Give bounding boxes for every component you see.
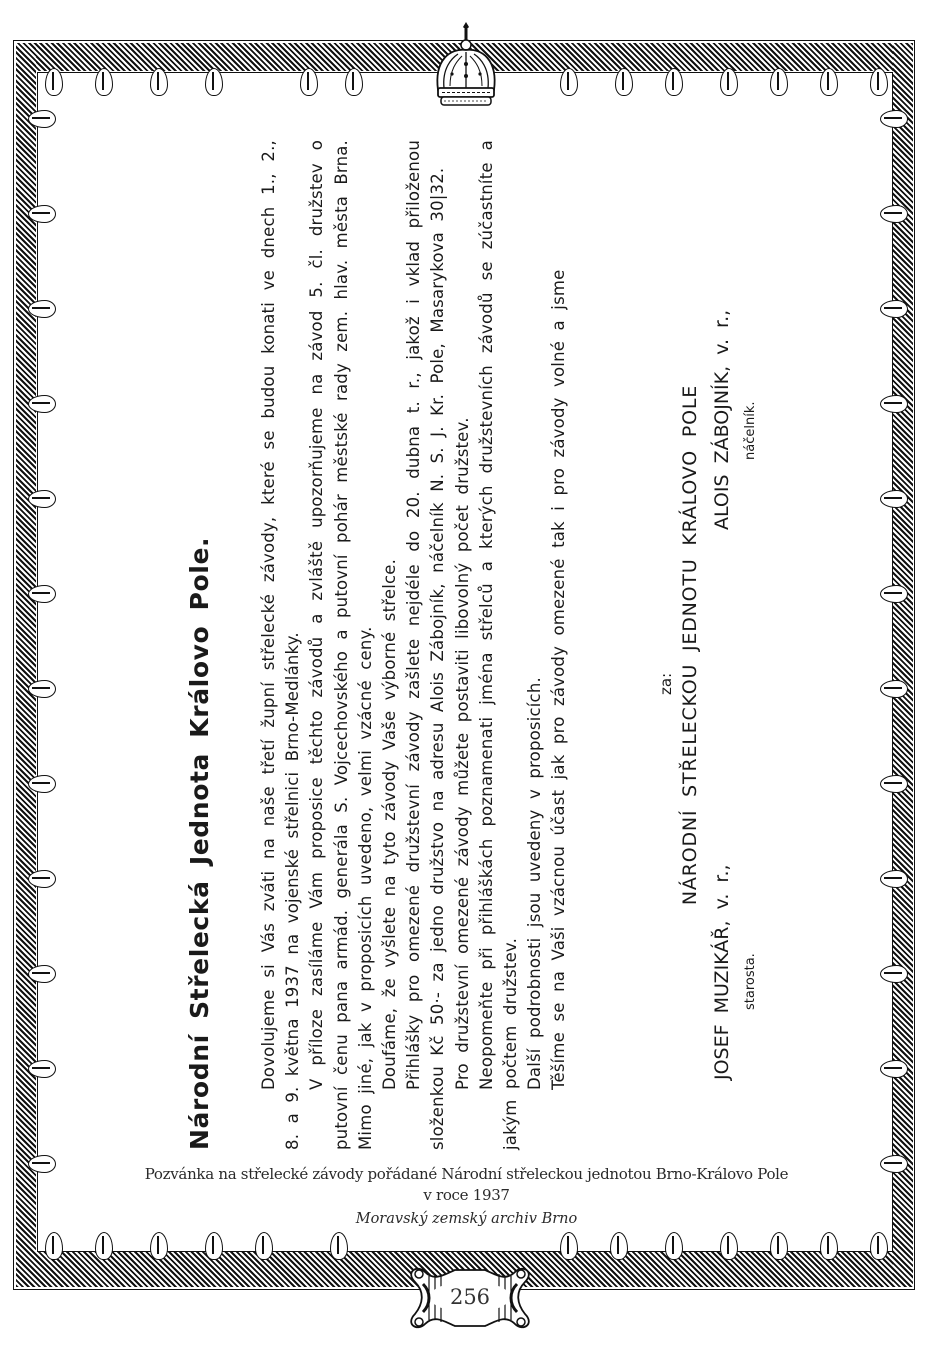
signatory-name: JOSEF MUZIKÁŘ, v. r., — [711, 864, 733, 1080]
frame-band-right — [893, 43, 913, 1287]
letter-organization: NÁRODNÍ STŘELECKOU JEDNOTU KRÁLOVO POLE — [679, 140, 701, 1150]
leaf-ornament — [880, 1060, 908, 1078]
letter-paragraph: Dovolujeme si Vás zváti na naše třetí žu… — [257, 140, 305, 1150]
leaf-ornament — [28, 775, 56, 793]
leaf-ornament — [880, 775, 908, 793]
letter-paragraph: V příloze zasíláme Vám proposice těchto … — [305, 140, 378, 1150]
letter-paragraph: Doufáme, že vyšlete na tyto závody Vaše … — [378, 140, 402, 1150]
figure-caption: Pozvánka na střelecké závody pořádané Ná… — [80, 1164, 853, 1227]
caption-source: Moravský zemský archiv Brno — [80, 1211, 853, 1227]
leaf-ornament — [95, 1232, 113, 1260]
letter-body: Dovolujeme si Vás zváti na naše třetí žu… — [257, 140, 572, 1150]
leaf-ornament — [820, 68, 838, 96]
letter-za: za: — [657, 673, 675, 695]
leaf-ornament — [880, 110, 908, 128]
leaf-ornament — [45, 1232, 63, 1260]
leaf-ornament — [870, 68, 888, 96]
leaf-ornament — [560, 1232, 578, 1260]
leaf-ornament — [870, 1232, 888, 1260]
letter-paragraph: Další podrobnosti jsou uvedeny v proposi… — [523, 140, 547, 1150]
letter-paragraph: Těšíme se na Vaši vzácnou účast jak pro … — [547, 140, 571, 1150]
leaf-ornament — [720, 68, 738, 96]
leaf-ornament — [205, 68, 223, 96]
leaf-ornament — [820, 1232, 838, 1260]
leaf-ornament — [255, 1232, 273, 1260]
leaf-ornament — [28, 585, 56, 603]
signatory-role: náčelník. — [743, 402, 758, 460]
leaf-ornament — [95, 68, 113, 96]
frame-band-left — [16, 43, 36, 1287]
letter-paragraph: Přihlášky pro omezené družstevní závody … — [402, 140, 450, 1150]
leaf-ornament — [880, 395, 908, 413]
leaf-ornament — [330, 1232, 348, 1260]
leaf-ornament — [665, 1232, 683, 1260]
leaf-ornament — [560, 68, 578, 96]
leaf-ornament — [880, 585, 908, 603]
letter-paragraph: Pro družstevní omezené závody můžete pos… — [451, 140, 475, 1150]
leaf-ornament — [615, 68, 633, 96]
caption-line: v roce 1937 — [80, 1185, 853, 1206]
leaf-ornament — [28, 205, 56, 223]
leaf-ornament — [28, 490, 56, 508]
leaf-ornament — [150, 68, 168, 96]
leaf-ornament — [28, 965, 56, 983]
page-number: 256 — [432, 1283, 508, 1311]
signatory-role: starosta. — [743, 953, 758, 1010]
leaf-ornament — [28, 300, 56, 318]
leaf-ornament — [28, 110, 56, 128]
leaf-ornament — [880, 870, 908, 888]
leaf-ornament — [28, 680, 56, 698]
leaf-ornament — [720, 1232, 738, 1260]
leaf-ornament — [880, 300, 908, 318]
leaf-ornament — [150, 1232, 168, 1260]
crown-icon — [430, 20, 502, 114]
leaf-ornament — [880, 965, 908, 983]
letter-paragraph: Neopomeňte při přihláškách poznamenati j… — [475, 140, 523, 1150]
leaf-ornament — [205, 1232, 223, 1260]
leaf-ornament — [28, 870, 56, 888]
signatory-name: ALOIS ZÁBOJNÍK, v. r., — [711, 310, 733, 530]
leaf-ornament — [770, 68, 788, 96]
leaf-ornament — [770, 1232, 788, 1260]
leaf-ornament — [300, 68, 318, 96]
leaf-ornament — [665, 68, 683, 96]
caption-line: Pozvánka na střelecké závody pořádané Ná… — [80, 1164, 853, 1185]
leaf-ornament — [880, 680, 908, 698]
leaf-ornament — [28, 1060, 56, 1078]
letter-title: Národní Střelecká Jednota Královo Pole. — [175, 140, 225, 1150]
leaf-ornament — [880, 1155, 908, 1173]
leaf-ornament — [28, 395, 56, 413]
invitation-letter: Národní Střelecká Jednota Královo Pole. … — [175, 140, 795, 1150]
leaf-ornament — [28, 1155, 56, 1173]
leaf-ornament — [345, 68, 363, 96]
leaf-ornament — [45, 68, 63, 96]
leaf-ornament — [880, 205, 908, 223]
leaf-ornament — [880, 490, 908, 508]
leaf-ornament — [610, 1232, 628, 1260]
